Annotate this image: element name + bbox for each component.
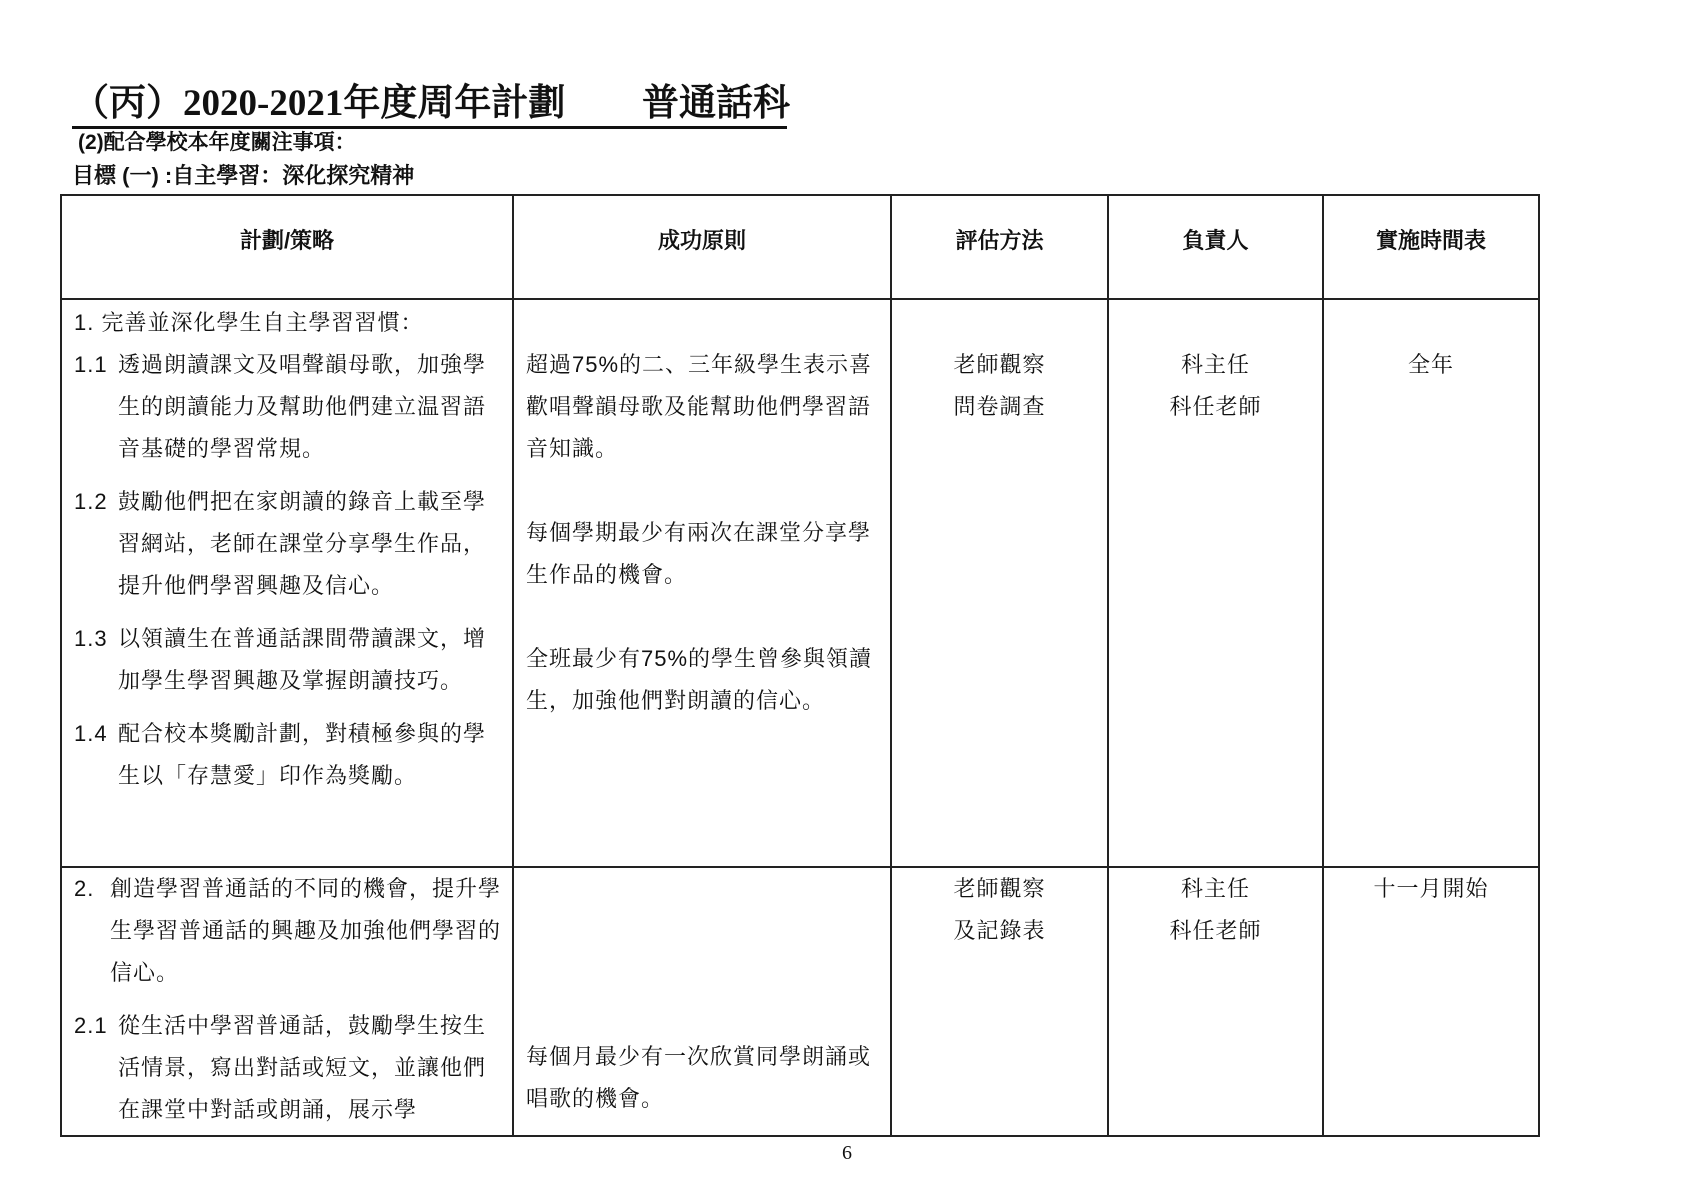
strategy-item: 1.4 配合校本獎勵計劃，對積極參與的學生以「存慧愛」印作為獎勵。 bbox=[74, 713, 502, 797]
document-title: （丙）2020-2021年度周年計劃 普通話科 bbox=[72, 82, 787, 129]
annual-plan-table: 計劃/策略 成功原則 評估方法 負責人 實施時間表 1. 完善並深化學生自主學習… bbox=[60, 194, 1540, 1137]
page-number: 6 bbox=[842, 1142, 852, 1165]
strategy-item: 1.1 透過朗讀課文及唱聲韻母歌，加強學生的朗讀能力及幫助他們建立温習語音基礎的… bbox=[74, 344, 502, 470]
strategy-cell: 2. 創造學習普通話的不同的機會，提升學生學習普通話的興趣及加強他們學習的信心。… bbox=[61, 867, 513, 1136]
success-criterion: 每個月最少有一次欣賞同學朗誦或唱歌的機會。 bbox=[526, 1036, 878, 1120]
header-responsible: 負責人 bbox=[1108, 195, 1323, 299]
responsible-person: 科主任 bbox=[1109, 868, 1322, 910]
success-criteria-cell: 每個月最少有一次欣賞同學朗誦或唱歌的機會。 bbox=[513, 867, 891, 1136]
success-criterion: 每個學期最少有兩次在課堂分享學生作品的機會。 bbox=[526, 512, 878, 596]
strategy-heading: 1. 完善並深化學生自主學習習慣： bbox=[74, 302, 502, 344]
responsible-cell: 科主任 科任老師 bbox=[1108, 299, 1323, 867]
responsible-cell: 科主任 科任老師 bbox=[1108, 867, 1323, 1136]
header-success-criteria: 成功原則 bbox=[513, 195, 891, 299]
timeline-value: 全年 bbox=[1324, 344, 1538, 386]
plan-title: （丙）2020-2021年度周年計劃 bbox=[72, 83, 565, 124]
table-row: 1. 完善並深化學生自主學習習慣： 1.1 透過朗讀課文及唱聲韻母歌，加強學生的… bbox=[61, 299, 1539, 867]
success-criterion: 全班最少有75%的學生曾參與領讀生，加強他們對朗讀的信心。 bbox=[526, 638, 878, 722]
evaluation-cell: 老師觀察 及記錄表 bbox=[891, 867, 1108, 1136]
success-criteria-cell: 超過75%的二、三年級學生表示喜歡唱聲韻母歌及能幫助他們學習語音知識。 每個學期… bbox=[513, 299, 891, 867]
focus-subtitle: (2)配合學校本年度關注事項： bbox=[78, 130, 356, 156]
strategy-heading: 2. 創造學習普通話的不同的機會，提升學生學習普通話的興趣及加強他們學習的信心。 bbox=[74, 868, 502, 994]
strategy-item: 2.1 從生活中學習普通話，鼓勵學生按生活情景，寫出對話或短文，並讓他們在課堂中… bbox=[74, 1005, 502, 1131]
timeline-value: 十一月開始 bbox=[1324, 868, 1538, 910]
strategy-cell: 1. 完善並深化學生自主學習習慣： 1.1 透過朗讀課文及唱聲韻母歌，加強學生的… bbox=[61, 299, 513, 867]
evaluation-method: 老師觀察 bbox=[892, 344, 1107, 386]
responsible-person: 科任老師 bbox=[1109, 386, 1322, 428]
responsible-person: 科任老師 bbox=[1109, 910, 1322, 952]
strategy-item: 1.3 以領讀生在普通話課間帶讀課文，增加學生學習興趣及掌握朗讀技巧。 bbox=[74, 618, 502, 702]
table-row: 2. 創造學習普通話的不同的機會，提升學生學習普通話的興趣及加強他們學習的信心。… bbox=[61, 867, 1539, 1136]
header-evaluation: 評估方法 bbox=[891, 195, 1108, 299]
evaluation-method: 及記錄表 bbox=[892, 910, 1107, 952]
table-header-row: 計劃/策略 成功原則 評估方法 負責人 實施時間表 bbox=[61, 195, 1539, 299]
evaluation-cell: 老師觀察 問卷調查 bbox=[891, 299, 1108, 867]
responsible-person: 科主任 bbox=[1109, 344, 1322, 386]
subject-title: 普通話科 bbox=[642, 82, 790, 126]
strategy-item: 1.2 鼓勵他們把在家朗讀的錄音上載至學習網站，老師在課堂分享學生作品，提升他們… bbox=[74, 481, 502, 607]
timeline-cell: 十一月開始 bbox=[1323, 867, 1539, 1136]
evaluation-method: 問卷調查 bbox=[892, 386, 1107, 428]
timeline-cell: 全年 bbox=[1323, 299, 1539, 867]
header-strategy: 計劃/策略 bbox=[61, 195, 513, 299]
header-timeline: 實施時間表 bbox=[1323, 195, 1539, 299]
success-criterion: 超過75%的二、三年級學生表示喜歡唱聲韻母歌及能幫助他們學習語音知識。 bbox=[526, 344, 878, 470]
goal-heading: 目標 (一) :自主學習：深化探究精神 bbox=[72, 162, 414, 190]
evaluation-method: 老師觀察 bbox=[892, 868, 1107, 910]
